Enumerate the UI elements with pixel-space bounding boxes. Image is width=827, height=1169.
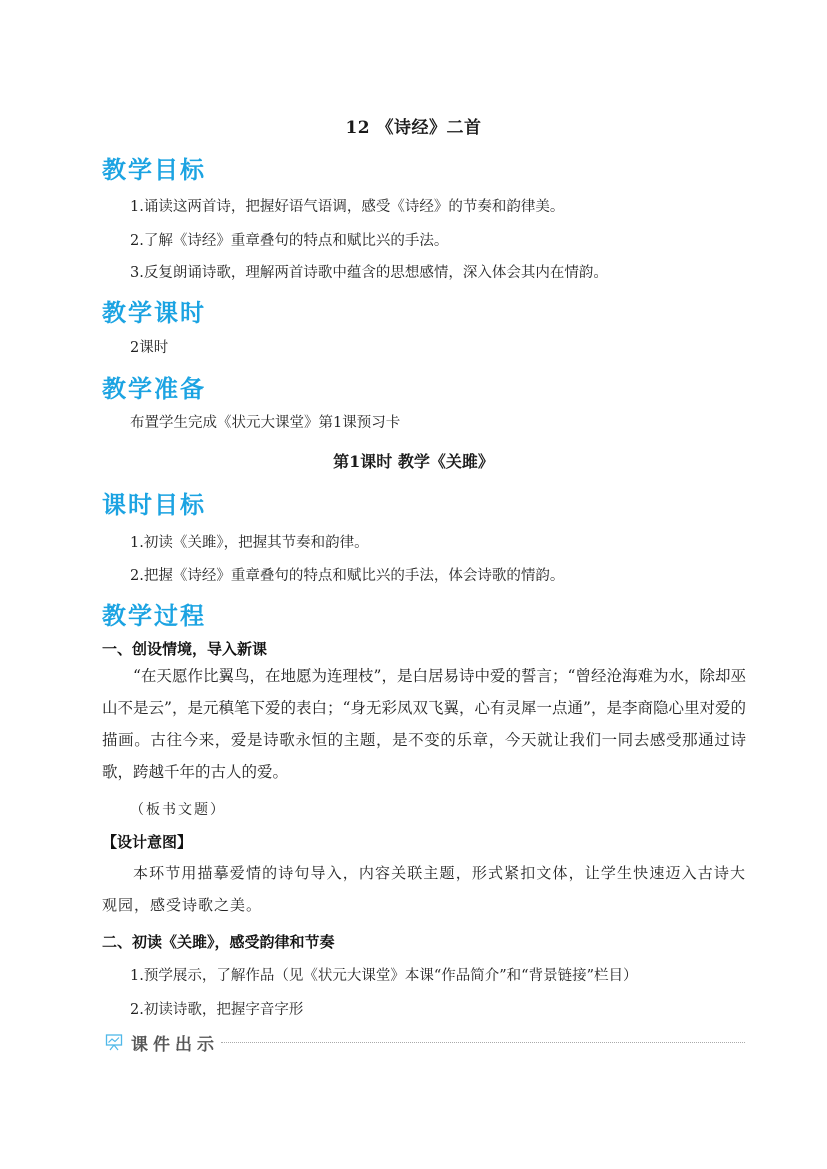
courseware-label: 课件出示 — [131, 1030, 219, 1055]
hours-text: 2课时 — [130, 336, 168, 357]
step2-item: 2.初读诗歌，把握字音字形 — [130, 998, 303, 1019]
step-heading-first-reading: 二、初读《关雎》，感受韵律和节奏 — [102, 931, 335, 952]
preparation-text: 布置学生完成《状元大课堂》第1课预习卡 — [130, 411, 400, 432]
document-page: 12 《诗经》二首 教学目标 1.诵读这两首诗，把握好语气语调，感受《诗经》的节… — [0, 0, 827, 1169]
section-heading-process: 教学过程 — [102, 596, 206, 631]
intro-paragraph: “在天愿作比翼鸟，在地愿为连理枝”，是白居易诗中爱的誓言；“曾经沧海难为水，除却… — [102, 660, 746, 788]
design-intent-text: 本环节用描摹爱情的诗句导入，内容关联主题，形式紧扣文体，让学生快速迈入古诗大观园… — [102, 857, 746, 921]
objective-item: 2.了解《诗经》重章叠句的特点和赋比兴的手法。 — [130, 229, 448, 250]
courseware-banner: 课件出示 — [105, 1030, 745, 1054]
lesson-objective-item: 1.初读《关雎》，把握其节奏和韵律。 — [130, 531, 369, 552]
section-heading-hours: 教学课时 — [102, 293, 206, 328]
design-intent-heading: 【设计意图】 — [102, 831, 192, 852]
step2-item: 1.预学展示，了解作品（见《状元大课堂》本课“作品简介”和“背景链接”栏目） — [130, 964, 637, 985]
section-heading-preparation: 教学准备 — [102, 369, 206, 404]
objective-item: 1.诵读这两首诗，把握好语气语调，感受《诗经》的节奏和韵律美。 — [130, 195, 564, 216]
step-heading-intro: 一、创设情境，导入新课 — [102, 638, 267, 659]
lesson-objective-item: 2.把握《诗经》重章叠句的特点和赋比兴的手法，体会诗歌的情韵。 — [130, 564, 564, 585]
section-heading-objectives: 教学目标 — [102, 150, 206, 185]
presentation-chart-icon — [105, 1033, 123, 1051]
dotted-divider — [221, 1041, 745, 1043]
section-heading-lesson-objectives: 课时目标 — [102, 485, 206, 520]
lesson-title: 第1课时 教学《关雎》 — [0, 449, 827, 472]
document-title: 12 《诗经》二首 — [0, 113, 827, 138]
objective-item: 3.反复朗诵诗歌，理解两首诗歌中蕴含的思想感情，深入体会其内在情韵。 — [130, 261, 608, 282]
board-note: （板书文题） — [130, 799, 226, 819]
